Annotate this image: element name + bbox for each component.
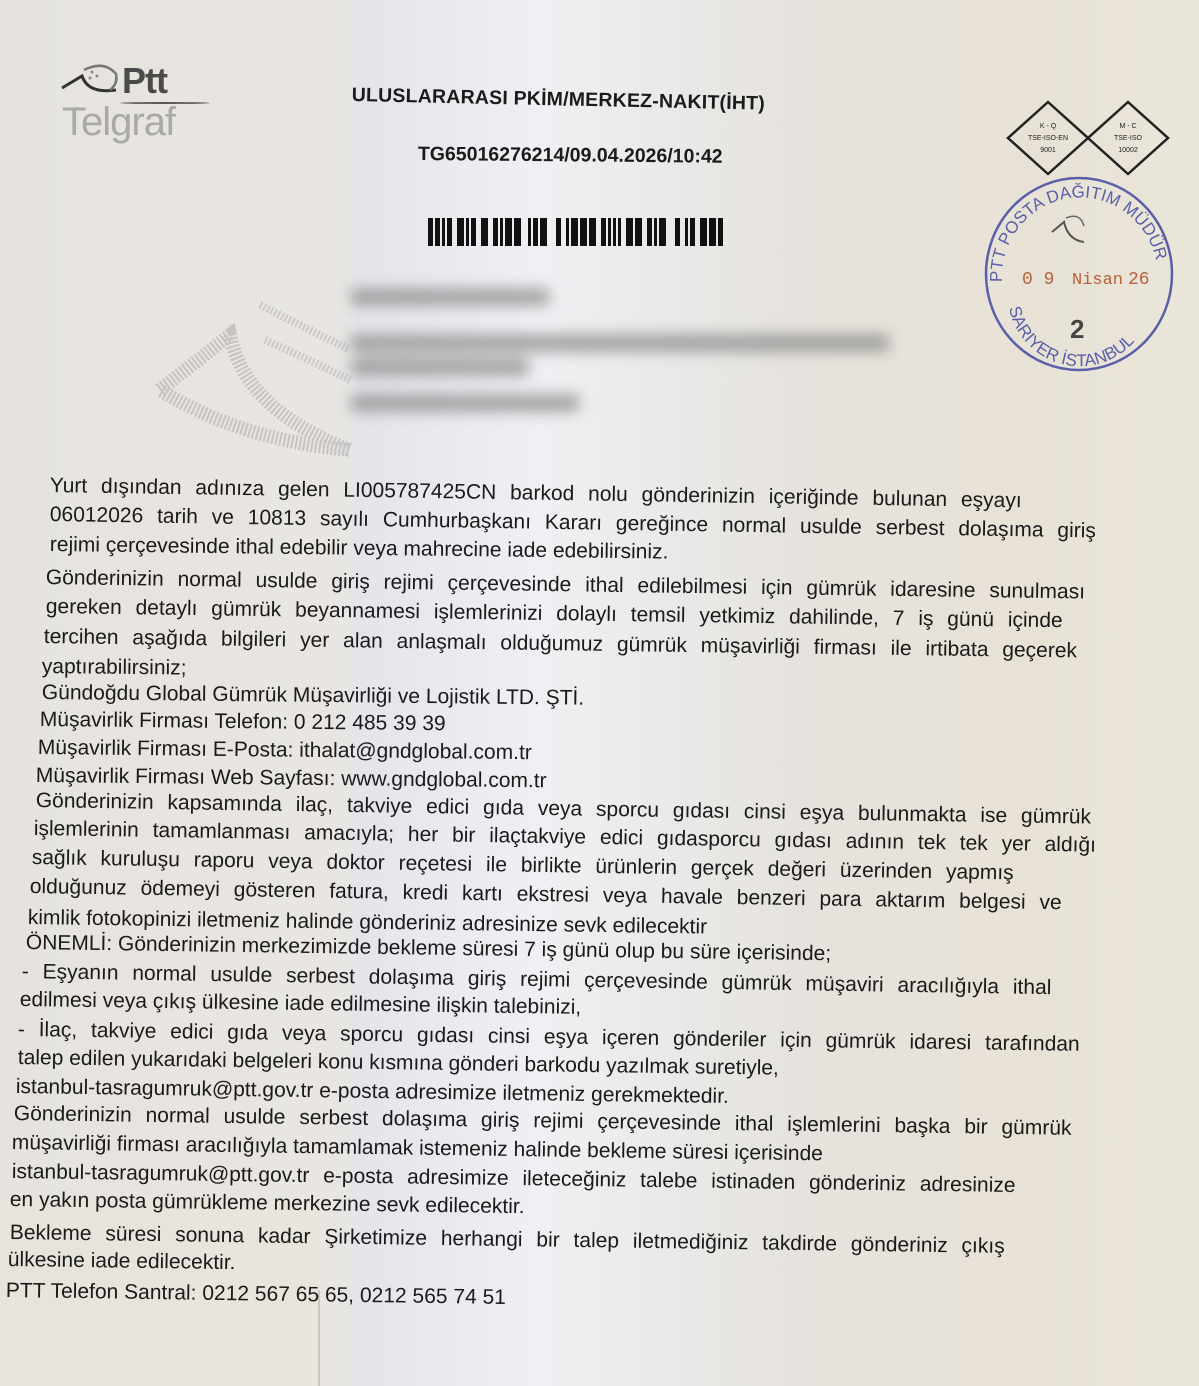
body-line: ÖNEMLİ: Gönderinizin merkezimizde beklem… xyxy=(26,931,832,966)
stamp-date-day: 0 9 xyxy=(1022,270,1054,290)
postal-stamp: PTT POSTA DAĞITIM MÜDÜRLÜĞÜ SARIYER İSTA… xyxy=(980,170,1178,374)
body-line: Müşavirlik Firması E-Posta: ithalat@gndg… xyxy=(38,736,532,765)
stamp-date-year: 26 xyxy=(1128,270,1150,290)
svg-text:TSE-ISO: TSE-ISO xyxy=(1114,135,1143,142)
body-line: yaptırabilirsiniz; xyxy=(42,655,187,681)
ptt-telgraf-logo: Ptt Telgraf xyxy=(60,60,220,150)
body-line: Müşavirlik Firması Web Sayfası: www.gndg… xyxy=(36,764,547,793)
document-page: Ptt Telgraf ULUSLARARASI PKİM/MERKEZ-NAK… xyxy=(0,0,1199,1386)
body-line: edilmesi veya çıkış ülkesine iade edilme… xyxy=(20,988,582,1020)
svg-text:PTT POSTA DAĞITIM MÜDÜRLÜĞÜ: PTT POSTA DAĞITIM MÜDÜRLÜĞÜ xyxy=(980,170,1171,282)
logo-sub: Telgraf xyxy=(62,100,175,145)
logo-brand: Ptt xyxy=(122,60,167,102)
body-line: ülkesine iade edilecektir. xyxy=(8,1248,236,1275)
stamp-date-month: Nisan xyxy=(1072,271,1123,290)
iso-10002-badge-icon: M - C TSE-ISO 10002 xyxy=(1088,102,1168,174)
barcode-icon xyxy=(428,218,800,246)
svg-text:TSE-ISO-EN: TSE-ISO-EN xyxy=(1028,135,1068,142)
body-line: rejimi çerçevesinde ithal edebilir veya … xyxy=(50,533,669,565)
body-line: Müşavirlik Firması Telefon: 0 212 485 39… xyxy=(40,708,446,736)
body-line: Gündoğdu Global Gümrük Müşavirliği ve Lo… xyxy=(42,681,585,711)
certification-badges: K - Q TSE-ISO-EN 9001 M - C TSE-ISO 1000… xyxy=(1006,100,1176,176)
redacted-address xyxy=(350,270,910,430)
stamp-bird-icon xyxy=(1052,216,1084,242)
ptt-bird-icon xyxy=(60,62,124,96)
svg-text:K - Q: K - Q xyxy=(1040,123,1057,130)
stamp-number: 2 xyxy=(1070,314,1084,344)
svg-text:M - C: M - C xyxy=(1119,123,1136,130)
svg-text:9001: 9001 xyxy=(1040,147,1056,154)
tracking-number: TG65016276214/09.04.2026/10:42 xyxy=(418,143,723,169)
svg-text:10002: 10002 xyxy=(1118,147,1138,154)
iso-9001-badge-icon: K - Q TSE-ISO-EN 9001 xyxy=(1008,102,1088,174)
ptt-watermark-icon xyxy=(150,300,370,460)
document-title: ULUSLARARASI PKİM/MERKEZ-NAKIT(İHT) xyxy=(352,84,872,118)
body-line: talep edilen yukarıdaki belgeleri konu k… xyxy=(18,1046,779,1081)
